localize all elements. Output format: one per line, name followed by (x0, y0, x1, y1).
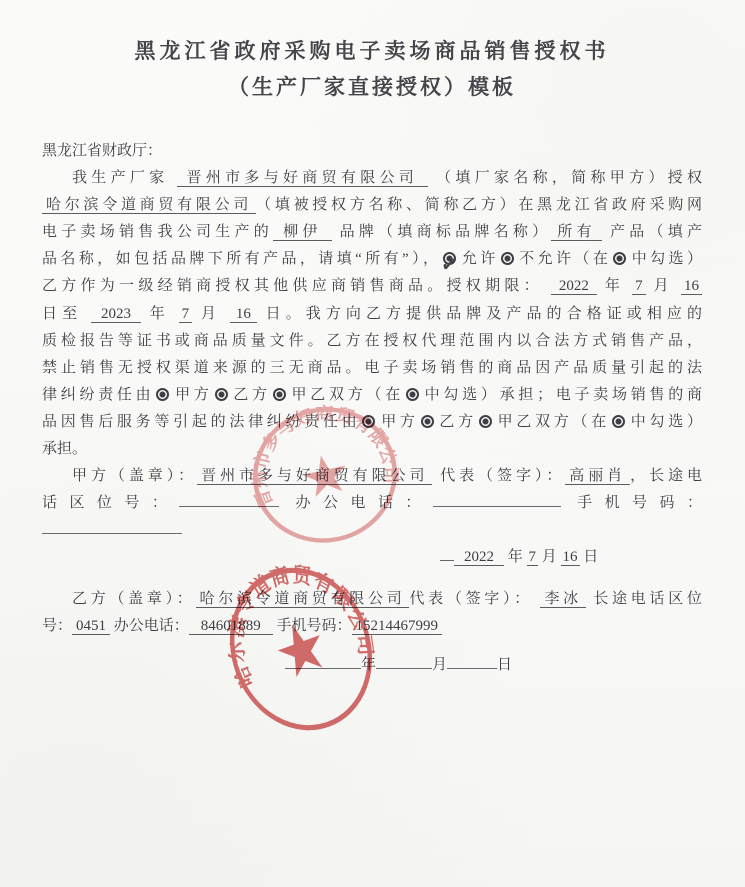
text-segment: 乙方作为一级经销商授权其他供应商销售商品。授权期限： (42, 278, 551, 294)
start-month-field: 7 (632, 278, 646, 295)
text-segment: 日。我方向乙方提供品牌及产品的合格证或相应的 (257, 306, 702, 322)
radio-quality-both-icon (273, 388, 286, 401)
document-title: 黑龙江省政府采购电子卖场商品销售授权书 (42, 0, 702, 66)
text-segment: 月 (646, 278, 681, 294)
text-line: 禁止销售无授权渠道来源的三无商品。电子卖场销售的商品因产品质量引起的法 (42, 355, 702, 382)
brand-field: 柳伊 (273, 224, 332, 241)
text-segment: 甲乙双方（在 (494, 414, 610, 430)
blank-field (440, 545, 454, 561)
text-segment: （填被授权方名称、简称乙方）在黑龙江省政府采购网 (256, 197, 702, 213)
radio-quality-party-b-icon (215, 388, 228, 401)
party-a-mobile-blank (42, 518, 182, 534)
text-segment: 乙方（盖章）： (72, 591, 196, 607)
text-segment: 产品（填产 (602, 224, 702, 240)
text-segment: 电子卖场销售我公司生产的 (42, 224, 273, 240)
text-segment: 承担。 (42, 441, 87, 457)
text-line: 我生产厂家 晋州市多与好商贸有限公司 （填厂家名称，简称甲方）授权 (42, 165, 702, 192)
text-segment: 月 (432, 657, 447, 673)
text-segment: 话区位号： (42, 495, 179, 511)
radio-service-tick-sample-icon (612, 415, 625, 428)
text-line: 哈尔滨令道商贸有限公司（填被授权方名称、简称乙方）在黑龙江省政府采购网 (42, 192, 702, 219)
text-segment: 代表（签字）： (409, 591, 540, 607)
party-a-date-day-field: 16 (561, 549, 580, 566)
text-line: 日至 2023 年 7 月 16 日。我方向乙方提供品牌及产品的合格证或相应的 (42, 301, 702, 328)
document-content: 黑龙江省政府采购电子卖场商品销售授权书 （生产厂家直接授权）模板 黑龙江省财政厅… (0, 0, 745, 679)
text-segment: 代表（签字）： (432, 468, 565, 484)
start-year-field: 2022 (551, 278, 597, 295)
text-segment: 乙方 (230, 387, 271, 403)
product-scope-field: 所有 (551, 224, 602, 241)
party-b-date-day-blank (447, 653, 497, 669)
end-day-field: 16 (230, 306, 257, 323)
radio-service-party-b-icon (421, 415, 434, 428)
document-subtitle: （生产厂家直接授权）模板 (42, 72, 702, 102)
party-a-date-month-field: 7 (527, 549, 539, 566)
text-segment: 日 (497, 657, 512, 673)
text-segment: 号： (42, 618, 72, 634)
text-segment: 品名称，如包括品牌下所有产品，请填“所有”）， (42, 251, 441, 267)
radio-quality-party-a-icon (156, 388, 169, 401)
text-segment: 年 (597, 278, 632, 294)
start-day-field: 16 (681, 278, 702, 295)
text-segment: 品牌（填商标品牌名称） (332, 224, 552, 240)
text-segment: 乙方 (436, 414, 477, 430)
text-segment: 年 (504, 549, 527, 565)
text-segment: 办公电话： (110, 618, 189, 634)
text-segment: 我生产厂家 (72, 170, 177, 186)
text-line: 电子卖场销售我公司生产的柳伊 品牌（填商标品牌名称）所有 产品（填产 (42, 219, 702, 246)
party-b-signature-line: 乙方（盖章）：哈尔滨令道商贸有限公司代表（签字）： 李冰 长途电话区位 (42, 586, 702, 613)
text-segment: 月 (192, 306, 230, 322)
text-segment: 长途电话区位 (586, 591, 702, 607)
text-segment: ，长途电 (630, 468, 702, 484)
text-line: 质检报告等证书或商品质量文件。乙方在授权代理范围内以合法方式销售产品， (42, 328, 702, 355)
star-icon: ★ (294, 442, 357, 511)
party-a-representative-field: 高丽肖 (565, 468, 630, 485)
salutation: 黑龙江省财政厅： (42, 138, 702, 165)
text-segment: 禁止销售无授权渠道来源的三无商品。电子卖场销售的商品因产品质量引起的法 (42, 360, 702, 376)
text-segment: 质检报告等证书或商品质量文件。乙方在授权代理范围内以合法方式销售产品， (42, 333, 702, 349)
text-segment: 月 (538, 549, 561, 565)
text-segment: 手机号码： (561, 495, 702, 511)
radio-tick-sample-icon (613, 252, 626, 265)
end-month-field: 7 (179, 306, 193, 323)
text-segment: 不允许（在 (516, 251, 612, 267)
party-a-office-phone-blank (433, 491, 561, 507)
text-segment: 日至 (42, 306, 91, 322)
star-icon: ★ (264, 605, 340, 695)
text-segment: 律纠纷责任由 (42, 387, 154, 403)
text-line: 品名称，如包括品牌下所有产品，请填“所有”），✓允许不允许（在中勾选） (42, 246, 702, 273)
text-segment: 中勾选）承担；电子卖场销售的商 (421, 387, 702, 403)
party-b-company-field: 哈尔滨令道商贸有限公司 (42, 197, 256, 214)
radio-quality-tick-sample-icon (406, 388, 419, 401)
text-segment: 年 (141, 306, 179, 322)
text-segment: 允许 (458, 251, 498, 267)
party-b-representative-field: 李冰 (540, 591, 585, 608)
party-b-area-code-field: 0451 (72, 618, 110, 635)
party-a-date-year-field: 2022 (454, 549, 504, 566)
text-line: 乙方作为一级经销商授权其他供应商销售商品。授权期限： 2022 年 7 月 16 (42, 273, 702, 300)
text-segment: 中勾选） (627, 414, 702, 430)
text-segment: 甲方（盖章）： (72, 468, 197, 484)
scanned-document-page: 黑龙江省政府采购电子卖场商品销售授权书 （生产厂家直接授权）模板 黑龙江省财政厅… (0, 0, 745, 887)
radio-allow-icon: ✓ (443, 252, 456, 265)
text-segment: 中勾选） (628, 251, 702, 267)
radio-disallow-icon (501, 252, 514, 265)
text-segment: 日 (580, 549, 599, 565)
party-a-date-line: 2022 年 7 月 16 日 (42, 544, 702, 571)
text-segment: 黑龙江省财政厅： (42, 143, 162, 159)
party-a-company-field: 晋州市多与好商贸有限公司 (177, 170, 429, 187)
text-segment: （填厂家名称，简称甲方）授权 (428, 170, 702, 186)
end-year-field: 2023 (91, 306, 141, 323)
radio-service-both-icon (479, 415, 492, 428)
text-segment: 甲方 (171, 387, 212, 403)
